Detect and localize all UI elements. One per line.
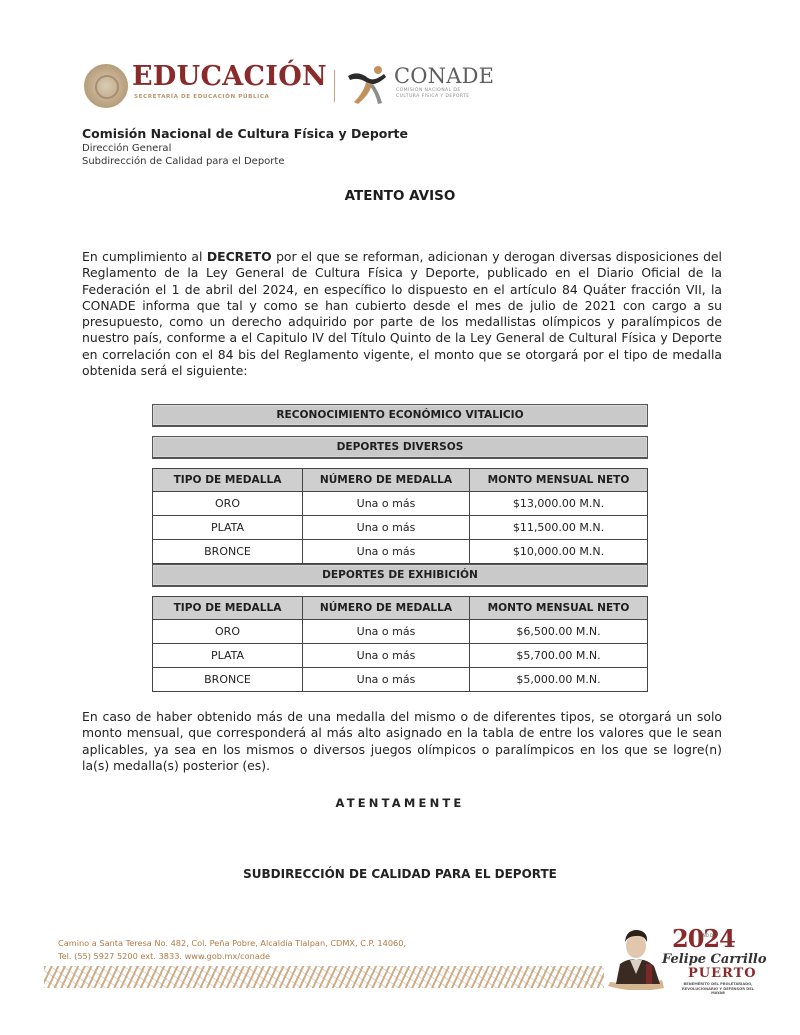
table-row: BRONCE Una o más $5,000.00 M.N. [153,668,648,692]
portrait-icon [606,924,666,990]
intro-paragraph: En cumplimiento al DECRETO por el que se… [82,249,722,379]
col-header-monto: MONTO MENSUAL NETO [470,469,648,492]
intro-decreto: DECRETO [207,249,272,264]
cell-numero: Una o más [303,492,470,516]
multiple-medals-paragraph: En caso de haber obtenido más de una med… [82,709,722,774]
footer-address: Camino a Santa Teresa No. 482, Col. Peña… [58,937,406,962]
col-header-tipo: TIPO DE MEDALLA [153,597,303,620]
cell-numero: Una o más [303,540,470,564]
medals-table: TIPO DE MEDALLA NÚMERO DE MEDALLA MONTO … [152,596,648,692]
cell-tipo: PLATA [153,516,303,540]
conade-subtitle-line2: CULTURA FÍSICA Y DEPORTE [396,94,470,100]
org-line-direccion: Dirección General [82,142,408,155]
sep-logo-title: EDUCACIÓN [132,62,327,92]
org-name: Comisión Nacional de Cultura Física y De… [82,126,408,142]
signature: SUBDIRECCIÓN DE CALIDAD PARA EL DEPORTE [0,867,800,881]
org-line-subdireccion: Subdirección de Calidad para el Deporte [82,155,408,168]
intro-lead: En cumplimiento al [82,249,207,264]
year-2024: 2024 [672,926,735,952]
table-title: RECONOCIMIENTO ECONÓMICO VITALICIO [152,404,648,427]
year-caption: AÑO DE [700,933,716,938]
table-row: ORO Una o más $6,500.00 M.N. [153,620,648,644]
address-line1: Camino a Santa Teresa No. 482, Col. Peña… [58,937,406,950]
logo-divider [334,70,335,102]
conade-athlete-icon [344,62,390,108]
notice-title: ATENTO AVISO [0,188,800,204]
cell-monto: $5,700.00 M.N. [470,644,648,668]
conade-logo-subtitle: COMISIÓN NACIONAL DE CULTURA FÍSICA Y DE… [396,88,470,100]
section-title: DEPORTES DE EXHIBICIÓN [152,564,648,587]
closing: ATENTAMENTE [0,796,800,810]
cell-monto: $6,500.00 M.N. [470,620,648,644]
col-header-monto: MONTO MENSUAL NETO [470,597,648,620]
table-row: PLATA Una o más $5,700.00 M.N. [153,644,648,668]
cell-tipo: PLATA [153,644,303,668]
intro-rest: por el que se reforman, adicionan y dero… [82,249,722,378]
sep-seal-icon [84,64,128,108]
cell-numero: Una o más [303,668,470,692]
decorative-ribbon-pattern [44,966,604,988]
cell-tipo: ORO [153,492,303,516]
col-header-numero: NÚMERO DE MEDALLA [303,469,470,492]
section-title: DEPORTES DIVERSOS [152,436,648,459]
cell-tipo: BRONCE [153,540,303,564]
cell-numero: Una o más [303,644,470,668]
col-header-numero: NÚMERO DE MEDALLA [303,597,470,620]
cell-monto: $13,000.00 M.N. [470,492,648,516]
honoree-surname: PUERTO [688,966,757,981]
recognition-table-title: RECONOCIMIENTO ECONÓMICO VITALICIO [152,404,648,427]
medals-table: TIPO DE MEDALLA NÚMERO DE MEDALLA MONTO … [152,468,648,564]
section-deportes-diversos: DEPORTES DIVERSOS TIPO DE MEDALLA NÚMERO… [152,436,648,564]
cell-monto: $10,000.00 M.N. [470,540,648,564]
honoree-caption: BENEMÉRITO DEL PROLETARIADO, REVOLUCIONA… [678,982,758,996]
cell-tipo: ORO [153,620,303,644]
table-row: BRONCE Una o más $10,000.00 M.N. [153,540,648,564]
cell-numero: Una o más [303,516,470,540]
honoree-name: Felipe Carrillo [662,952,767,967]
table-row: PLATA Una o más $11,500.00 M.N. [153,516,648,540]
address-line2: Tel. (55) 5927 5200 ext. 3833. www.gob.m… [58,950,406,963]
cell-monto: $5,000.00 M.N. [470,668,648,692]
sep-logo-subtitle: SECRETARÍA DE EDUCACIÓN PÚBLICA [134,94,269,100]
cell-monto: $11,500.00 M.N. [470,516,648,540]
org-block: Comisión Nacional de Cultura Física y De… [82,126,408,168]
conade-logo-title: CONADE [394,63,494,89]
cell-numero: Una o más [303,620,470,644]
col-header-tipo: TIPO DE MEDALLA [153,469,303,492]
section-deportes-exhibicion: DEPORTES DE EXHIBICIÓN TIPO DE MEDALLA N… [152,564,648,692]
cell-tipo: BRONCE [153,668,303,692]
table-row: ORO Una o más $13,000.00 M.N. [153,492,648,516]
